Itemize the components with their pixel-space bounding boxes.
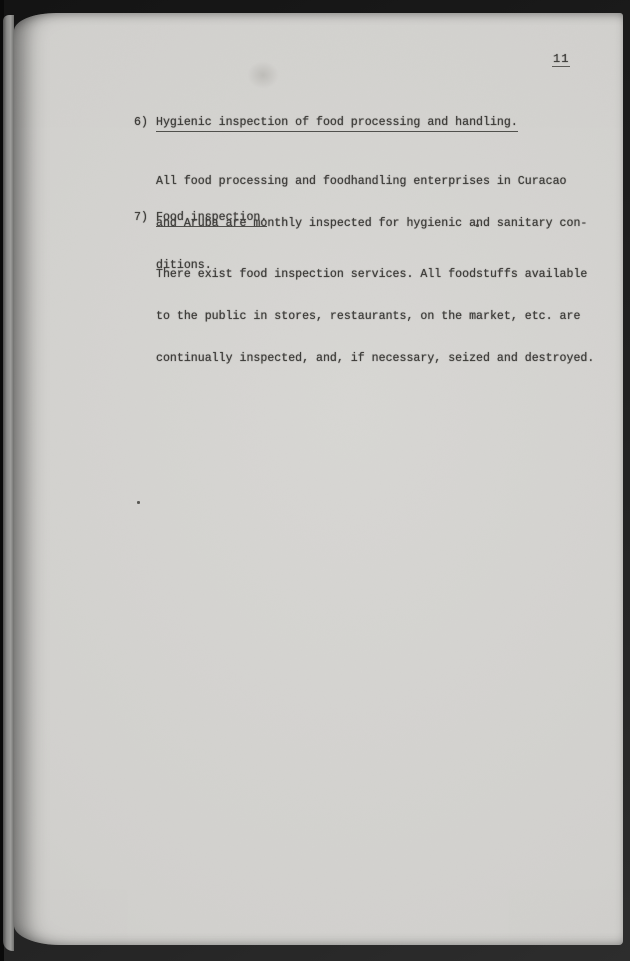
section-heading-row: 7) Food inspection.: [134, 211, 594, 227]
section-7-heading: Food inspection.: [156, 211, 267, 227]
document-page: 11 6) Hygienic inspection of food proces…: [14, 13, 623, 945]
section-food-inspection: 7) Food inspection. There exist food ins…: [134, 211, 594, 394]
page-stack-edge: [3, 15, 14, 951]
section-6-marker: 6): [134, 116, 156, 132]
body-line: There exist food inspection services. Al…: [156, 268, 594, 282]
paper-smudge: [247, 61, 279, 89]
section-heading-row: 6) Hygienic inspection of food processin…: [134, 116, 587, 132]
section-7-marker: 7): [134, 211, 156, 227]
page-number: 11: [552, 53, 570, 67]
section-7-body: There exist food inspection services. Al…: [156, 240, 594, 394]
section-6-heading: Hygienic inspection of food processing a…: [156, 116, 518, 132]
body-line: All food processing and foodhandling ent…: [156, 175, 587, 189]
body-line: continually inspected, and, if necessary…: [156, 352, 594, 366]
ink-speck: [476, 224, 479, 227]
scanned-book-page: 11 6) Hygienic inspection of food proces…: [0, 0, 630, 961]
body-line: to the public in stores, restaurants, on…: [156, 310, 594, 324]
ink-speck: [137, 501, 140, 504]
